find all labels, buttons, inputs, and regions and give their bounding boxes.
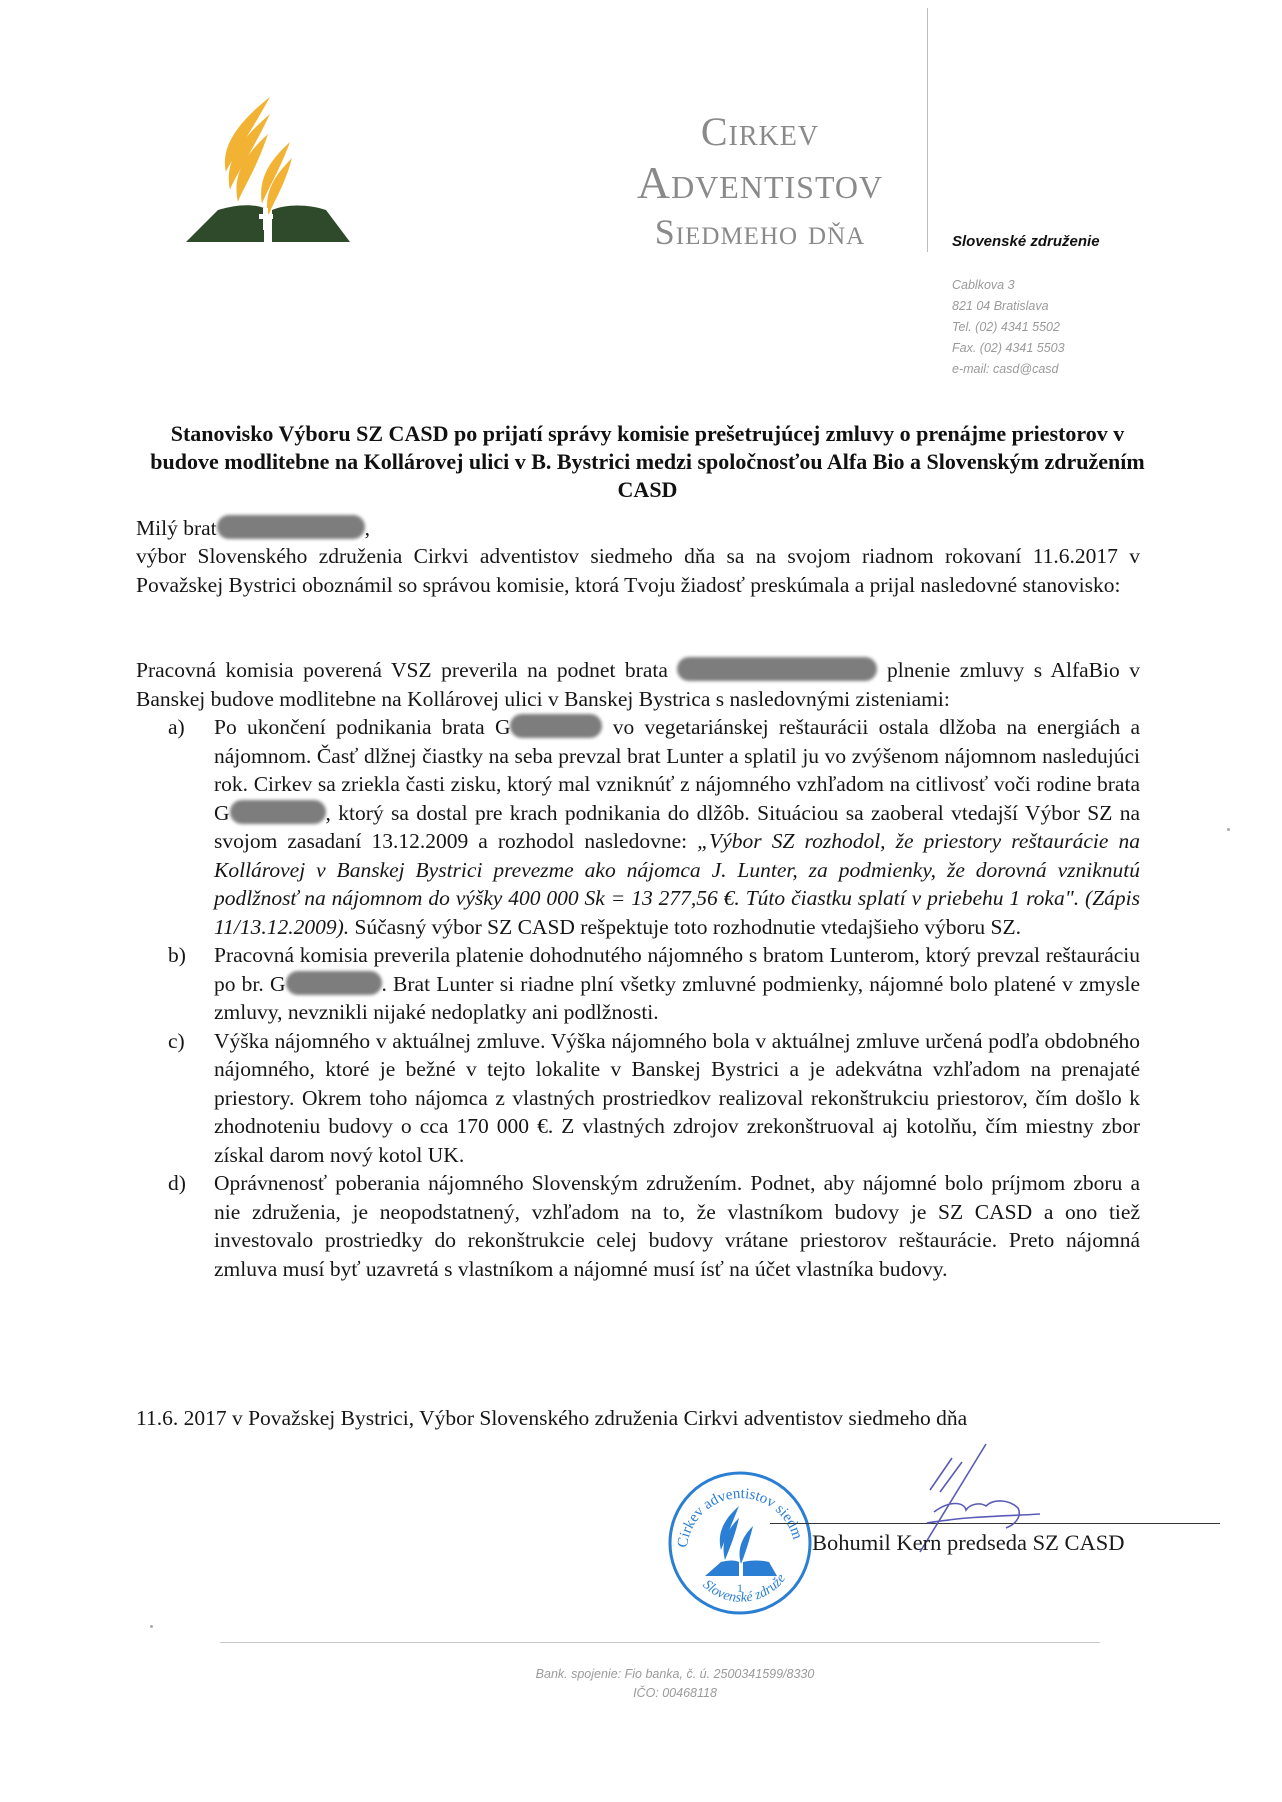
finding-item-c: c) Výška nájomného v aktuálnej zmluve. V… xyxy=(136,1027,1140,1170)
findings-intro-before: Pracovná komisia poverená VSZ preverila … xyxy=(136,658,668,682)
finding-marker: c) xyxy=(168,1027,185,1056)
org-name-line-3: Siedmeho dňa xyxy=(595,214,925,250)
flame-book-logo-icon xyxy=(178,92,358,242)
svg-text:Cirkev adventistov siedmeho dň: Cirkev adventistov siedmeho dňa xyxy=(665,1468,805,1549)
finding-item-d: d) Oprávnenosť poberania nájomného Slove… xyxy=(136,1169,1140,1283)
stamp-number: 1 xyxy=(737,1581,743,1595)
finding-item-a: a) Po ukončení podnikania brata G vo veg… xyxy=(136,713,1140,941)
redacted-name xyxy=(230,800,326,824)
scan-speck xyxy=(1227,828,1230,831)
findings-list: a) Po ukončení podnikania brata G vo veg… xyxy=(136,713,1140,1283)
intro-paragraph: výbor Slovenského združenia Cirkvi adven… xyxy=(136,542,1140,599)
finding-text: Po ukončení podnikania brata G xyxy=(214,715,510,739)
scan-speck xyxy=(150,1625,153,1628)
finding-marker: b) xyxy=(168,941,186,970)
address-phone: Tel. (02) 4341 5502 xyxy=(952,317,1065,338)
address-city: 821 04 Bratislava xyxy=(952,296,1065,317)
address-street: Cablkova 3 xyxy=(952,275,1065,296)
header-divider xyxy=(927,8,928,252)
document-title: Stanovisko Výboru SZ CASD po prijatí spr… xyxy=(140,420,1155,504)
org-name-line-2: Adventistov xyxy=(595,160,925,206)
findings-intro-paragraph: Pracovná komisia poverená VSZ preverila … xyxy=(136,656,1140,713)
footer-divider xyxy=(220,1642,1100,1643)
organization-name: Cirkev Adventistov Siedmeho dňa xyxy=(595,112,925,250)
stamp-seal-icon: Cirkev adventistov siedmeho dňa Slovensk… xyxy=(665,1468,815,1618)
stamp-top-text: Cirkev adventistov siedmeho dňa xyxy=(665,1468,805,1549)
signer-name: Bohumil Kern predseda SZ CASD xyxy=(812,1530,1124,1556)
footer: Bank. spojenie: Fio banka, č. ú. 2500341… xyxy=(440,1665,910,1703)
address-fax: Fax. (02) 4341 5503 xyxy=(952,338,1065,359)
greeting-suffix: , xyxy=(365,516,370,540)
redacted-name xyxy=(677,657,877,681)
finding-text: Oprávnenosť poberania nájomného Slovensk… xyxy=(214,1171,1140,1281)
finding-text: Výška nájomného v aktuálnej zmluve. Výšk… xyxy=(214,1029,1140,1167)
footer-ico: IČO: 00468118 xyxy=(440,1684,910,1703)
greeting-prefix: Milý brat xyxy=(136,516,217,540)
footer-bank-info: Bank. spojenie: Fio banka, č. ú. 2500341… xyxy=(440,1665,910,1684)
church-logo xyxy=(178,92,358,242)
redacted-name xyxy=(510,714,602,738)
address-email: e-mail: casd@casd xyxy=(952,359,1065,380)
closing-line: 11.6. 2017 v Považskej Bystrici, Výbor S… xyxy=(136,1406,967,1431)
greeting: Milý brat, xyxy=(136,514,1140,543)
org-name-line-1: Cirkev xyxy=(595,112,925,152)
redacted-name xyxy=(286,971,382,995)
official-stamp: Cirkev adventistov siedmeho dňa Slovensk… xyxy=(665,1468,815,1618)
finding-item-b: b) Pracovná komisia preverila platenie d… xyxy=(136,941,1140,1027)
association-name: Slovenské združenie xyxy=(952,233,1100,250)
redacted-name xyxy=(217,515,365,539)
finding-marker: a) xyxy=(168,713,185,742)
finding-text: Súčasný výbor SZ CASD rešpektuje toto ro… xyxy=(349,915,1021,939)
finding-marker: d) xyxy=(168,1169,186,1198)
address-block: Cablkova 3 821 04 Bratislava Tel. (02) 4… xyxy=(952,275,1065,380)
